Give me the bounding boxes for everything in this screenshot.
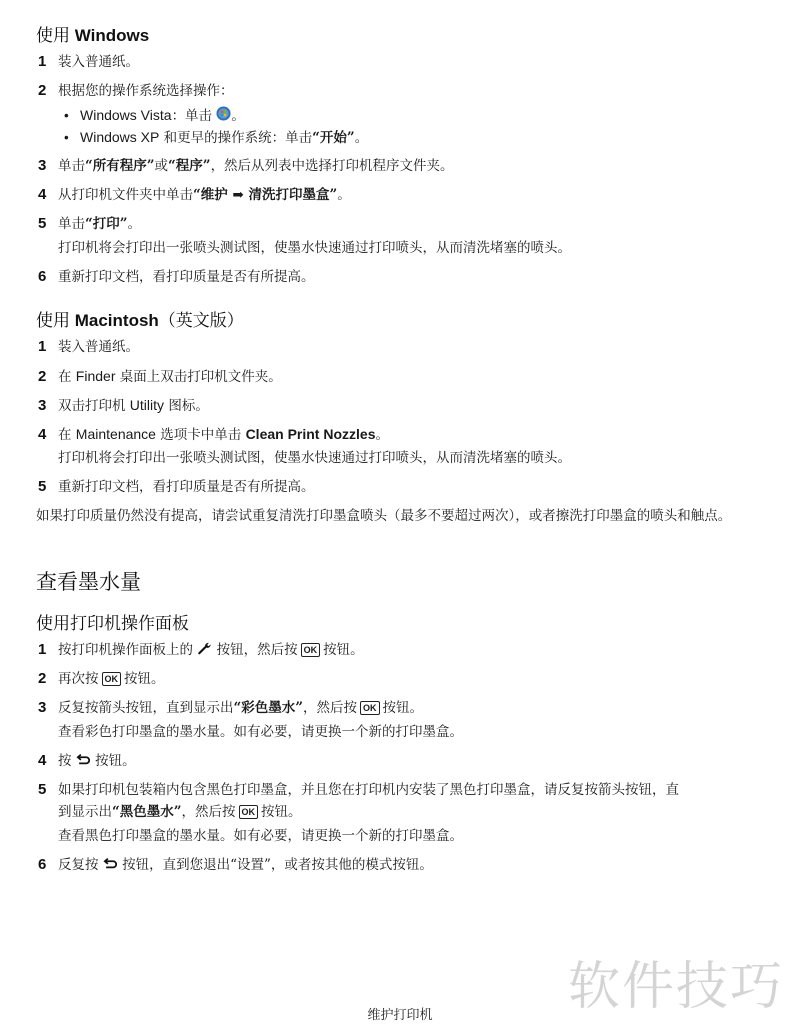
ink-step-5-line2: 到显示出“黑色墨水”，然后按OK按钮。 — [58, 802, 302, 822]
bullet-dot: • — [64, 106, 80, 126]
windows-step-2: 2根据您的操作系统选择操作： — [38, 81, 234, 101]
wrench-icon — [197, 641, 212, 661]
ink-step-5: 5如果打印机包装箱内包含黑色打印墨盒，并且您在打印机内安装了黑色打印墨盒，请反复… — [38, 780, 679, 800]
bullet-xp: •Windows XP 和更早的操作系统：单击“开始”。 — [64, 127, 368, 148]
ok-button-icon: OK — [301, 643, 321, 657]
mac-step-4-note: 打印机将会打印出一张喷头测试图，使墨水快速通过打印喷头，从而清洗堵塞的喷头。 — [58, 448, 571, 468]
windows-step-4: 4从打印机文件夹中单击“维护 ➡ 清洗打印墨盒”。 — [38, 185, 351, 205]
ink-step-5-note: 查看黑色打印墨盒的墨水量。如有必要，请更换一个新的打印墨盒。 — [58, 826, 463, 846]
windows-start-orb-icon — [216, 106, 231, 127]
mac-step-5: 5重新打印文档，看打印质量是否有所提高。 — [38, 477, 315, 497]
ink-step-3-note: 查看彩色打印墨盒的墨水量。如有必要，请更换一个新的打印墨盒。 — [58, 722, 463, 742]
back-arrow-icon — [103, 856, 118, 876]
ink-step-2: 2再次按OK按钮。 — [38, 669, 165, 689]
mac-step-4: 4在 Maintenance 选项卡中单击 Clean Print Nozzle… — [38, 424, 389, 445]
mac-tip-paragraph: 如果打印质量仍然没有提高，请尝试重复清洗打印墨盒喷头（最多不要超过两次），或者擦… — [36, 506, 771, 526]
ok-button-icon: OK — [239, 805, 259, 819]
windows-step-5-note: 打印机将会打印出一张喷头测试图，使墨水快速通过打印喷头，从而清洗堵塞的喷头。 — [58, 238, 571, 258]
mac-step-2: 2在 Finder 桌面上双击打印机文件夹。 — [38, 366, 282, 387]
bullet-vista: •Windows Vista：单击 。 — [64, 105, 245, 127]
windows-step-1: 1装入普通纸。 — [38, 52, 139, 72]
ink-step-6: 6反复按 按钮，直到您退出“设置”，或者按其他的模式按钮。 — [38, 855, 433, 876]
windows-heading: 使用 Windows — [36, 21, 149, 46]
ink-step-3: 3反复按箭头按钮，直到显示出“彩色墨水”，然后按OK按钮。 — [38, 698, 423, 718]
footer-section-title: 维护打印机 — [0, 1004, 800, 1023]
ok-button-icon: OK — [360, 701, 380, 715]
document-page: 使用 Windows 1装入普通纸。 2根据您的操作系统选择操作： •Windo… — [0, 0, 800, 1034]
bullet-dot: • — [64, 128, 80, 148]
windows-step-6: 6重新打印文档，看打印质量是否有所提高。 — [38, 267, 315, 287]
mac-step-3: 3双击打印机 Utility 图标。 — [38, 395, 209, 416]
mac-step-1: 1装入普通纸。 — [38, 337, 139, 357]
windows-step-5: 5单击“打印”。 — [38, 214, 141, 234]
mac-heading: 使用 Macintosh（英文版） — [36, 306, 244, 331]
ok-button-icon: OK — [102, 672, 122, 686]
windows-step-3: 3单击“所有程序”或“程序”，然后从列表中选择打印机程序文件夹。 — [38, 156, 454, 176]
back-arrow-icon — [76, 752, 91, 772]
ink-step-1: 1按打印机操作面板上的 按钮，然后按OK按钮。 — [38, 640, 364, 661]
ink-step-4: 4按 按钮。 — [38, 751, 136, 772]
ink-section-title: 查看墨水量 — [36, 566, 141, 596]
ink-section-subtitle: 使用打印机操作面板 — [36, 609, 189, 634]
